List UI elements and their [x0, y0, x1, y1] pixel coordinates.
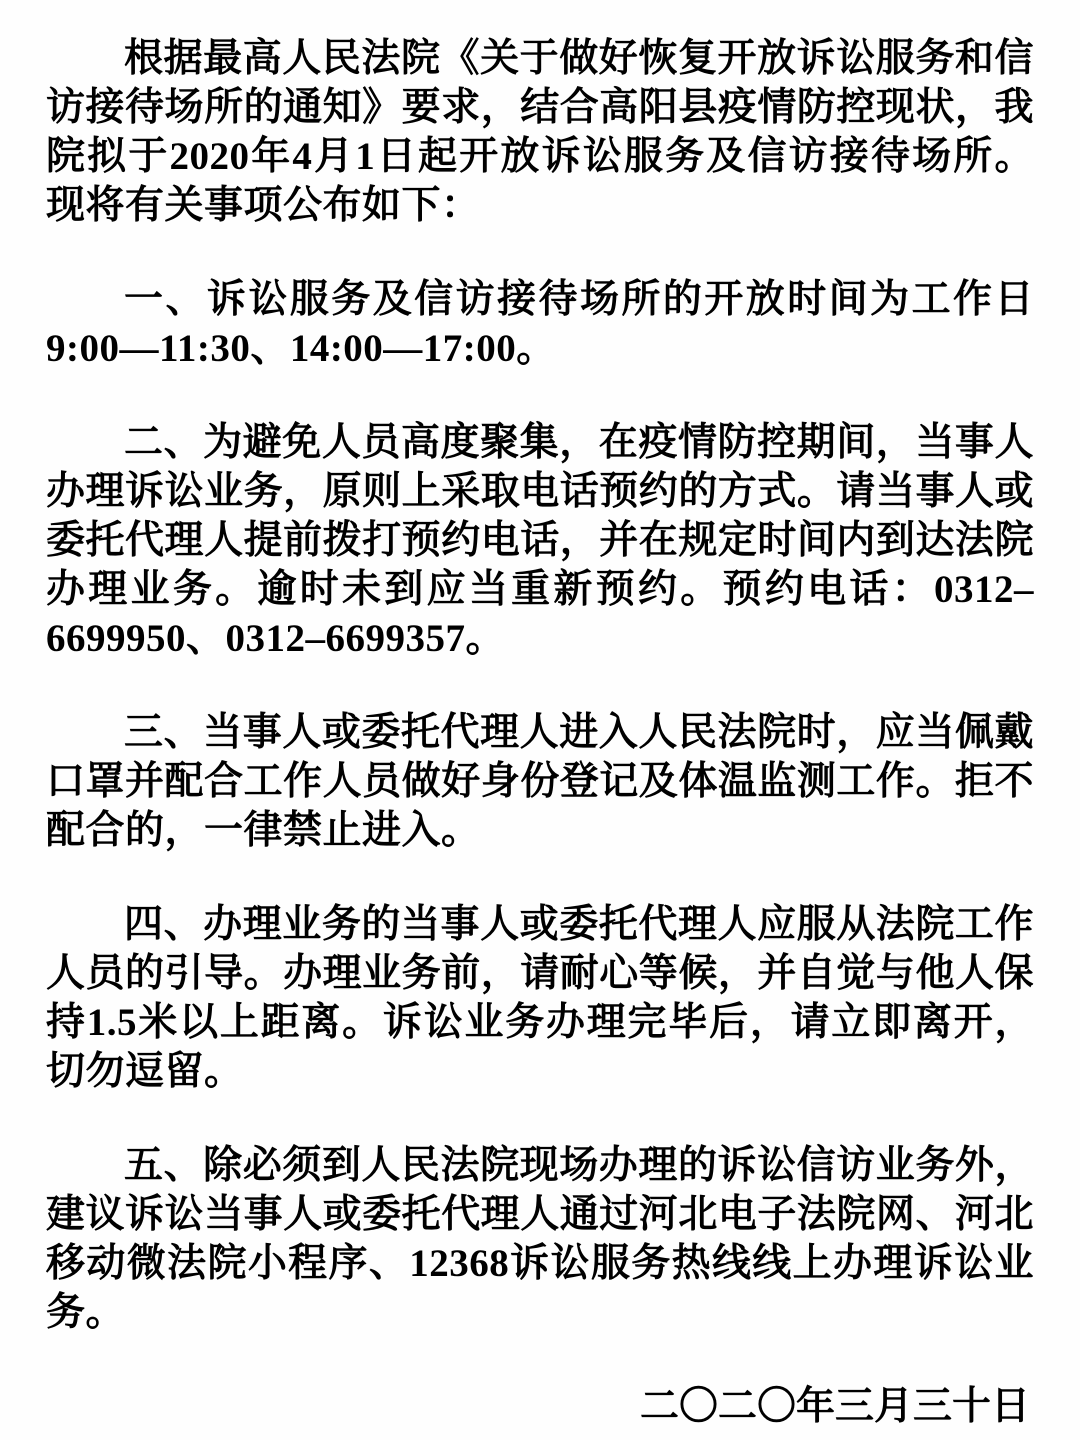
notice-date: 二〇二〇年三月三十日: [46, 1382, 1030, 1431]
notice-item-1-open-hours: 一、诉讼服务及信访接待场所的开放时间为工作日9:00—11:30、14:00—1…: [46, 275, 1034, 373]
notice-item-3-mask-registration: 三、当事人或委托代理人进入人民法院时，应当佩戴口罩并配合工作人员做好身份登记及体…: [46, 708, 1034, 855]
notice-document: 根据最高人民法院《关于做好恢复开放诉讼服务和信访接待场所的通知》要求，结合高阳县…: [0, 0, 1080, 1440]
notice-item-4-distance-guidance: 四、办理业务的当事人或委托代理人应服从法院工作人员的引导。办理业务前，请耐心等候…: [46, 900, 1034, 1096]
notice-item-5-online-services: 五、除必须到人民法院现场办理的诉讼信访业务外，建议诉讼当事人或委托代理人通过河北…: [46, 1141, 1034, 1337]
notice-item-2-phone-appointment: 二、为避免人员高度聚集，在疫情防控期间，当事人办理诉讼业务，原则上采取电话预约的…: [46, 418, 1034, 663]
notice-paragraph-intro: 根据最高人民法院《关于做好恢复开放诉讼服务和信访接待场所的通知》要求，结合高阳县…: [46, 34, 1034, 230]
